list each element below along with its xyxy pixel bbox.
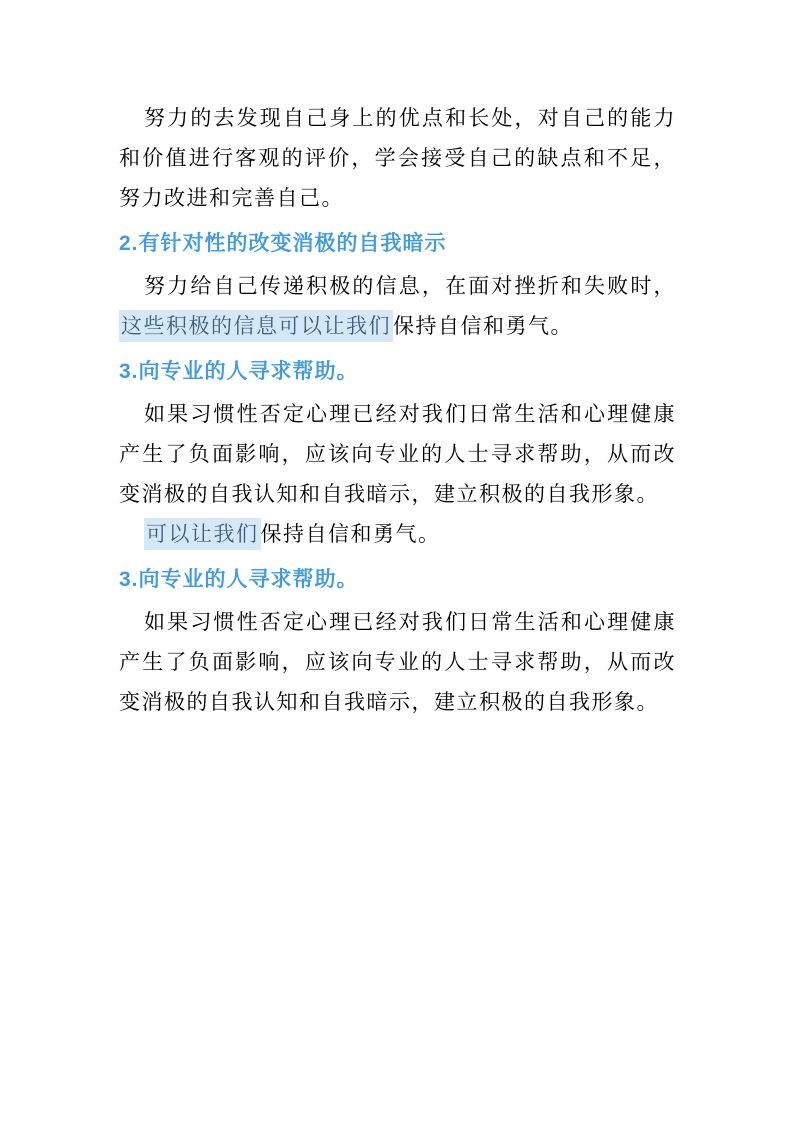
document-page: 努力的去发现自己身上的优点和长处，对自己的能力和价值进行客观的评价，学会接受自己… — [0, 0, 793, 1122]
paragraph: 可以让我们保持自信和勇气。 — [119, 514, 676, 554]
highlighted-text: 这些积极的信息可以让我们 — [119, 310, 393, 342]
section-heading: 3.向专业的人寻求帮助。 — [119, 560, 676, 600]
paragraph: 努力的去发现自己身上的优点和长处，对自己的能力和价值进行客观的评价，学会接受自己… — [119, 98, 676, 218]
paragraph-text: 如果习惯性否定心理已经对我们日常生活和心理健康产生了负面影响，应该向专业的人士寻… — [119, 402, 676, 506]
section-heading: 3.向专业的人寻求帮助。 — [119, 352, 676, 392]
highlighted-text: 可以让我们 — [144, 518, 261, 550]
paragraph-text: 保持自信和勇气。 — [261, 522, 441, 546]
paragraph-text: 努力给自己传递积极的信息，在面对挫折和失败时， — [144, 274, 676, 298]
paragraph: 努力给自己传递积极的信息，在面对挫折和失败时，这些积极的信息可以让我们保持自信和… — [119, 266, 676, 346]
section-heading: 2.有针对性的改变消极的自我暗示 — [119, 224, 676, 264]
paragraph: 如果习惯性否定心理已经对我们日常生活和心理健康产生了负面影响，应该向专业的人士寻… — [119, 602, 676, 722]
paragraph-text: 保持自信和勇气。 — [393, 314, 573, 338]
paragraph: 如果习惯性否定心理已经对我们日常生活和心理健康产生了负面影响，应该向专业的人士寻… — [119, 394, 676, 514]
paragraph-text: 如果习惯性否定心理已经对我们日常生活和心理健康产生了负面影响，应该向专业的人士寻… — [119, 610, 676, 714]
paragraph-text: 努力的去发现自己身上的优点和长处，对自己的能力和价值进行客观的评价，学会接受自己… — [119, 106, 676, 210]
